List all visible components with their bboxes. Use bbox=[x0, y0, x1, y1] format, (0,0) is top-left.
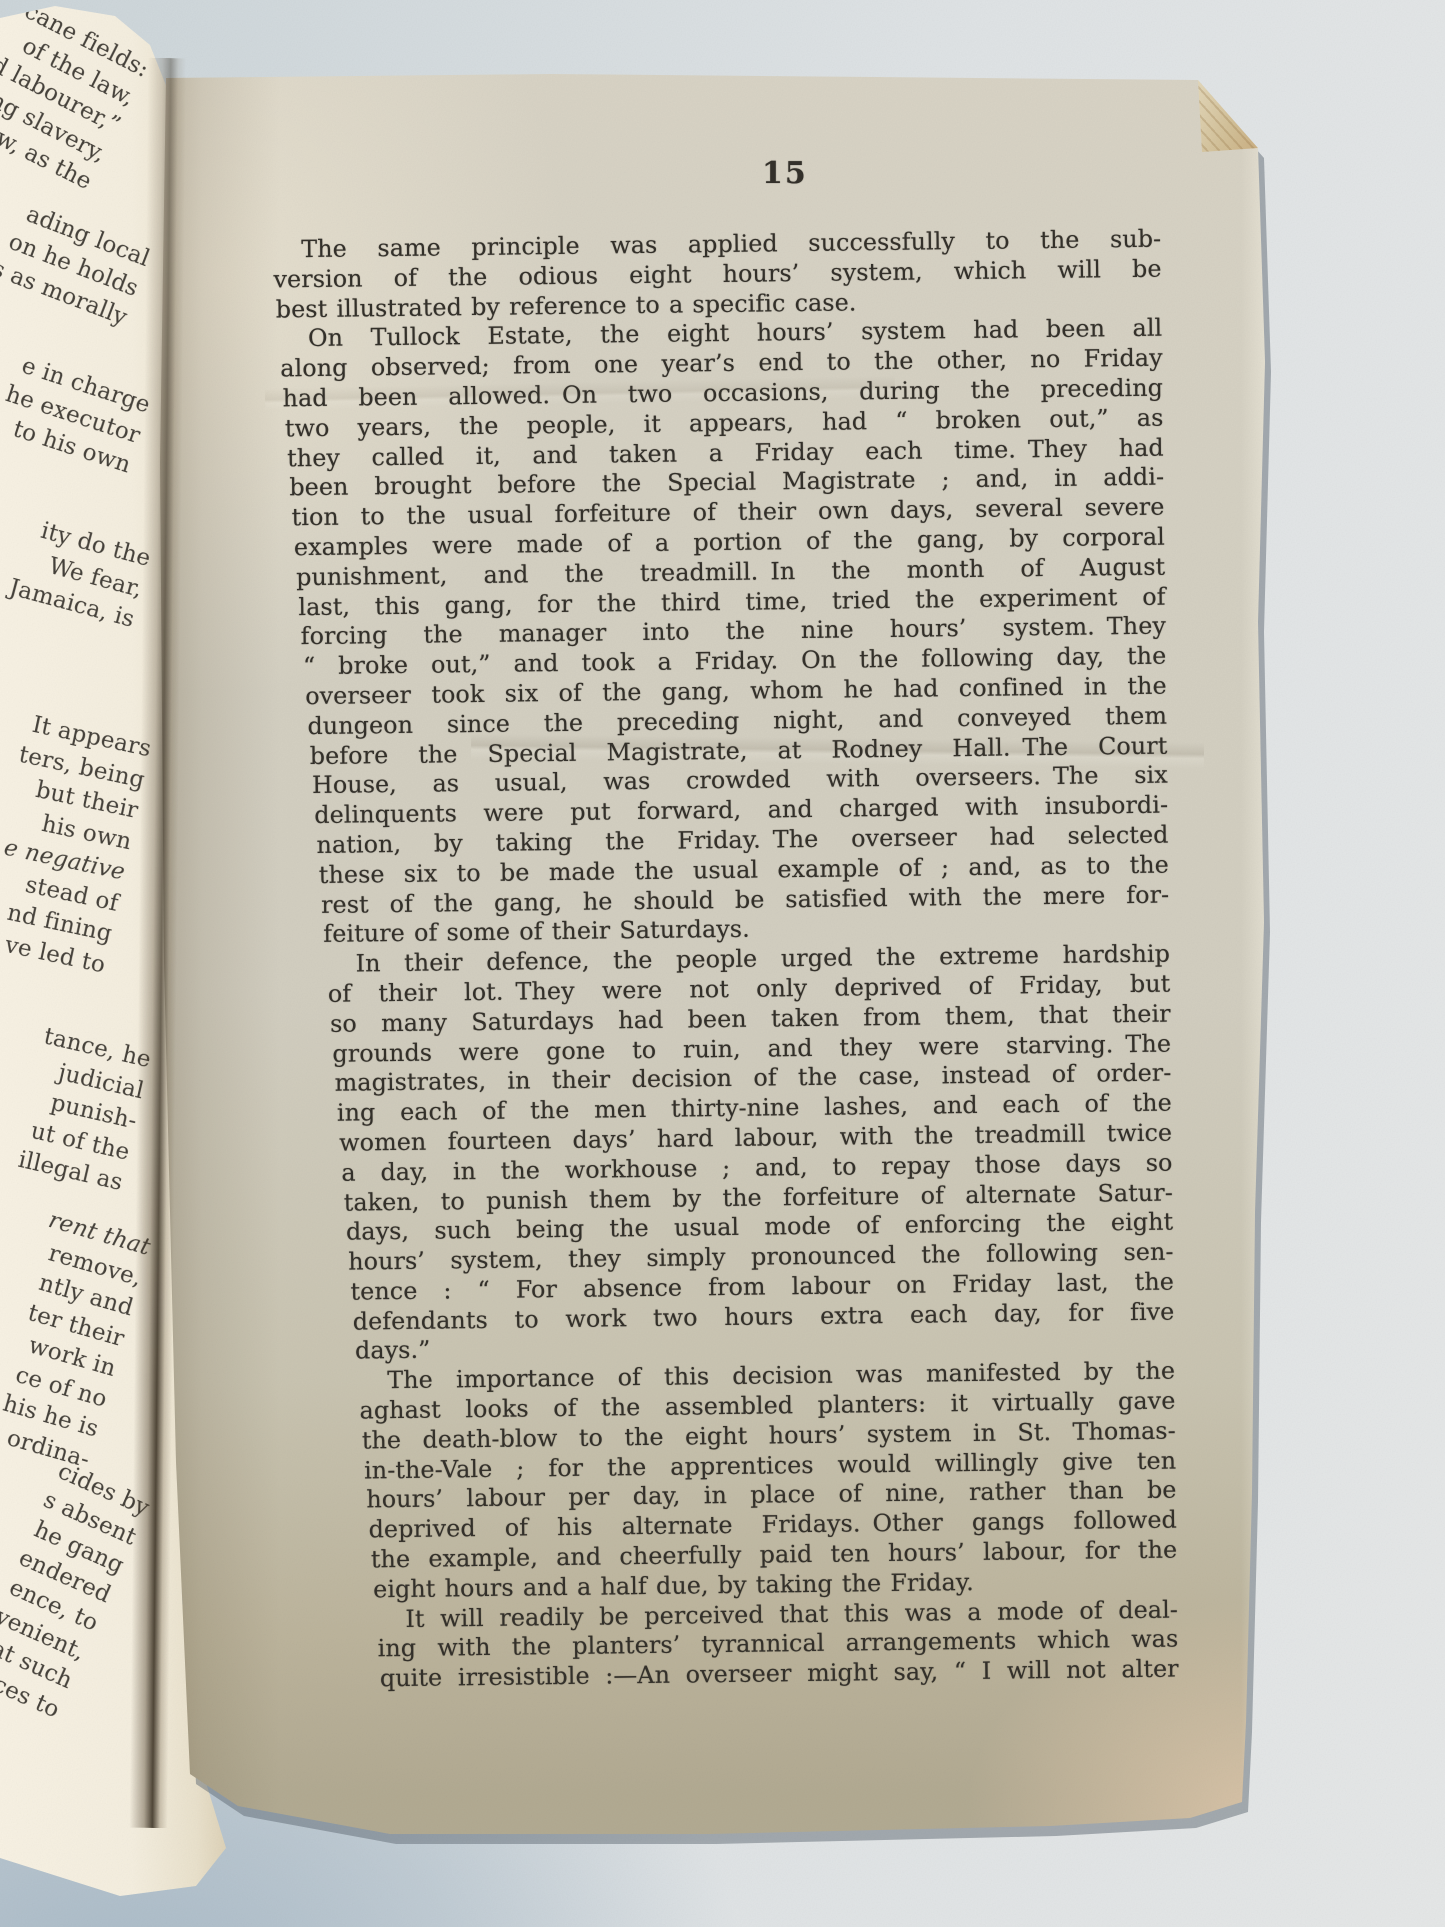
photo-background: cane fields:of the law,d labourer,”ing s… bbox=[0, 0, 1445, 1927]
dog-ear-fold bbox=[1190, 74, 1264, 160]
left-page-fragment-block: tance, hejudicialpunish-ut of theillegal… bbox=[0, 976, 154, 1199]
page-text: The same principle was applied successfu… bbox=[271, 225, 1179, 1696]
left-page-fragment-block: cane fields:of the law,d labourer,”ing s… bbox=[0, 0, 154, 198]
left-page-fragment-block: ity do theWe fear,Jamaica, is bbox=[0, 465, 154, 637]
book-page: 15 The same principle was applied succes… bbox=[150, 62, 1295, 1847]
left-page-fragment-block: e in chargehe executorto his own bbox=[0, 296, 154, 482]
left-page-fragment-block: It appearsters, beingbut theirhis owne n… bbox=[0, 671, 154, 982]
left-page-fragment-block: rent thatremove,ntly andter theirwork in… bbox=[0, 1149, 154, 1477]
page-number: 15 bbox=[762, 156, 882, 191]
